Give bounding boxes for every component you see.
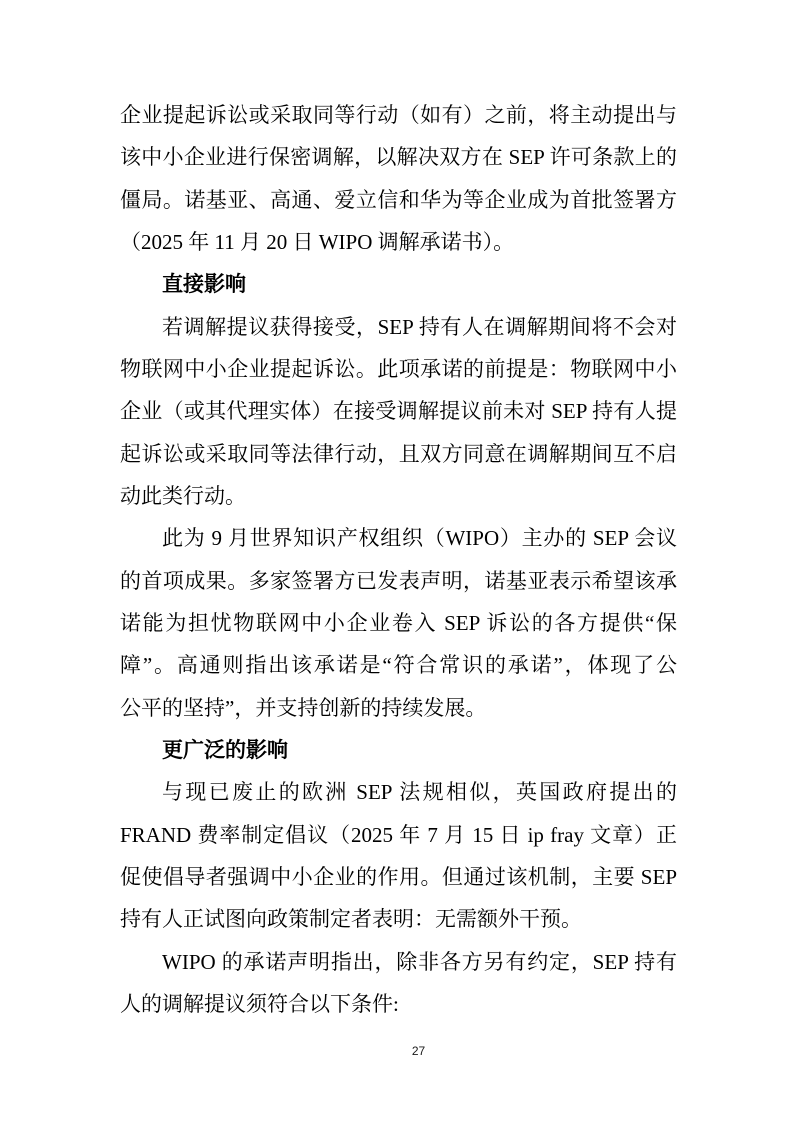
text-line: （2025 年 11 月 20 日 WIPO 调解承诺书）。 xyxy=(120,221,677,263)
document-page: 企业提起诉讼或采取同等行动（如有）之前，将主动提出与该中小企业进行保密调解，以解… xyxy=(0,0,793,1122)
text-line: 动此类行动。 xyxy=(120,475,677,517)
text-line: 诺能为担忧物联网中小企业卷入 SEP 诉讼的各方提供“保 xyxy=(120,602,677,644)
paragraph: 此为 9 月世界知识产权组织（WIPO）主办的 SEP 会议的首项成果。多家签署… xyxy=(120,517,677,729)
text-line: 持有人正试图向政策制定者表明：无需额外干预。 xyxy=(120,898,677,940)
text-line: 此为 9 月世界知识产权组织（WIPO）主办的 SEP 会议 xyxy=(120,517,677,559)
paragraph: 与现已废止的欧洲 SEP 法规相似，英国政府提出的FRAND 费率制定倡议（20… xyxy=(120,771,677,940)
text-line: 物联网中小企业提起诉讼。此项承诺的前提是：物联网中小 xyxy=(120,348,677,390)
section-heading: 更广泛的影响 xyxy=(120,729,677,771)
text-line: 的首项成果。多家签署方已发表声明，诺基亚表示希望该承 xyxy=(120,560,677,602)
text-line: 该中小企业进行保密调解，以解决双方在 SEP 许可条款上的 xyxy=(120,136,677,178)
text-line: 公平的坚持”，并支持创新的持续发展。 xyxy=(120,687,677,729)
page-footer: 27 xyxy=(44,1044,793,1058)
text-line: 起诉讼或采取同等法律行动，且双方同意在调解期间互不启 xyxy=(120,433,677,475)
text-line: 僵局。诺基亚、高通、爱立信和华为等企业成为首批签署方 xyxy=(120,179,677,221)
page-number: 27 xyxy=(412,1044,425,1058)
section-heading: 直接影响 xyxy=(120,263,677,305)
text-line: FRAND 费率制定倡议（2025 年 7 月 15 日 ip fray 文章）… xyxy=(120,814,677,856)
text-line: 企业提起诉讼或采取同等行动（如有）之前，将主动提出与 xyxy=(120,94,677,136)
text-line: 障”。高通则指出该承诺是“符合常识的承诺”，体现了公司“对 xyxy=(120,644,677,686)
document-body: 企业提起诉讼或采取同等行动（如有）之前，将主动提出与该中小企业进行保密调解，以解… xyxy=(120,94,677,1025)
text-line: WIPO 的承诺声明指出，除非各方另有约定，SEP 持有 xyxy=(120,941,677,983)
paragraph: WIPO 的承诺声明指出，除非各方另有约定，SEP 持有人的调解提议须符合以下条… xyxy=(120,941,677,1026)
text-line: 人的调解提议须符合以下条件: xyxy=(120,983,677,1025)
text-line: 与现已废止的欧洲 SEP 法规相似，英国政府提出的 xyxy=(120,771,677,813)
paragraph: 企业提起诉讼或采取同等行动（如有）之前，将主动提出与该中小企业进行保密调解，以解… xyxy=(120,94,677,263)
text-line: 若调解提议获得接受，SEP 持有人在调解期间将不会对 xyxy=(120,306,677,348)
text-line: 促使倡导者强调中小企业的作用。但通过该机制，主要 SEP xyxy=(120,856,677,898)
text-line: 企业（或其代理实体）在接受调解提议前未对 SEP 持有人提 xyxy=(120,390,677,432)
paragraph: 若调解提议获得接受，SEP 持有人在调解期间将不会对物联网中小企业提起诉讼。此项… xyxy=(120,306,677,518)
